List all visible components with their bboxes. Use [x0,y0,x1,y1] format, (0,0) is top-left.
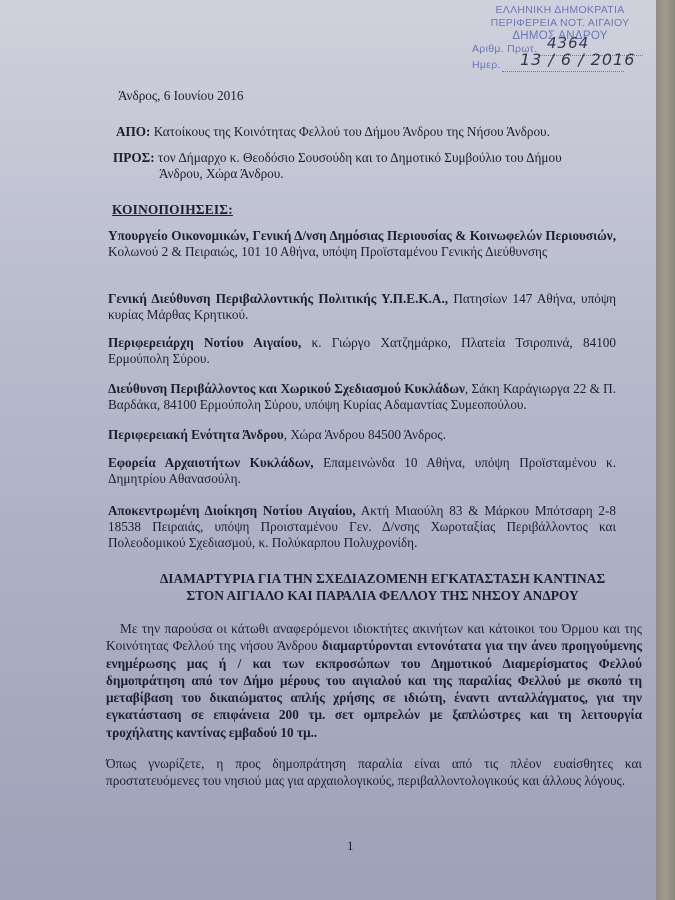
from-label: ΑΠΟ: [116,124,150,139]
document-page: ΕΛΛΗΝΙΚΗ ΔΗΜΟΚΡΑΤΙΑ ΠΕΡΙΦΕΡΕΙΑ ΝΟΤ. ΑΙΓΑ… [0,0,656,900]
recipient-name: Διεύθυνση Περιβάλλοντος και Χωρικού Σχεδ… [108,381,465,396]
recipient-item: Περιφερειάρχη Νοτίου Αιγαίου, κ. Γιώργο … [108,335,616,367]
recipient-name: Περιφερειάρχη Νοτίου Αιγαίου, [108,335,301,350]
stamp-line-republic: ΕΛΛΗΝΙΚΗ ΔΗΜΟΚΡΑΤΙΑ [470,4,650,17]
recipient-details: , Χώρα Άνδρου 84500 Άνδρος. [284,427,446,442]
recipient-item: Γενική Διεύθυνση Περιβαλλοντικής Πολιτικ… [108,291,616,323]
recipient-item: Διεύθυνση Περιβάλλοντος και Χωρικού Σχεδ… [108,381,616,413]
stamp-line-region: ΠΕΡΙΦΕΡΕΙΑ ΝΟΤ. ΑΙΓΑΙΟΥ [470,17,650,30]
from-line: ΑΠΟ: Κατοίκους της Κοινότητας Φελλού του… [116,124,636,140]
stamp-protocol-number: 4364 [547,37,589,50]
to-label: ΠΡΟΣ: [113,150,155,165]
recipient-name: Γενική Διεύθυνση Περιβαλλοντικής Πολιτικ… [108,291,448,306]
recipient-details: Κολωνού 2 & Πειραιώς, 101 10 Αθήνα, υπόψ… [108,244,547,259]
place-date: Άνδρος, 6 Ιουνίου 2016 [118,88,243,104]
body-paragraph-2: Όπως γνωρίζετε, η προς δημοπράτηση παραλ… [106,755,642,790]
stamp-date-label: Ημερ. [472,59,501,71]
background-surface [656,0,675,900]
to-text-line1: τον Δήμαρχο κ. Θεοδόσιο Σουσούδη και το … [158,150,562,165]
recipient-name: Αποκεντρωμένη Διοίκηση Νοτίου Αιγαίου, [108,503,356,518]
recipient-name: Περιφερειακή Ενότητα Άνδρου [108,427,284,442]
to-text-line2: Άνδρου, Χώρα Άνδρου. [113,166,613,182]
title-line1: ΔΙΑΜΑΡΤΥΡΙΑ ΓΙΑ ΤΗΝ ΣΧΕΔΙΑΖΟΜΕΝΗ ΕΓΚΑΤΑΣ… [110,570,655,587]
recipient-name: Υπουργείο Οικονομικών, Γενική Δ/νση Δημό… [108,228,616,243]
recipient-item: Αποκεντρωμένη Διοίκηση Νοτίου Αιγαίου, Α… [108,503,616,551]
notifications-heading: ΚΟΙΝΟΠΟΙΗΣΕΙΣ: [112,202,233,218]
body-paragraph-1: Με την παρούσα οι κάτωθι αναφερόμενοι ιδ… [106,620,642,741]
recipient-item: Υπουργείο Οικονομικών, Γενική Δ/νση Δημό… [108,228,616,260]
to-line: ΠΡΟΣ: τον Δήμαρχο κ. Θεοδόσιο Σουσούδη κ… [113,150,613,182]
title-line2: ΣΤΟΝ ΑΙΓΙΑΛΟ ΚΑΙ ΠΑΡΑΛΙΑ ΦΕΛΛΟΥ ΤΗΣ ΝΗΣΟ… [110,587,655,604]
recipient-name: Εφορεία Αρχαιοτήτων Κυκλάδων, [108,455,314,470]
recipient-item: Περιφερειακή Ενότητα Άνδρου, Χώρα Άνδρου… [108,427,616,443]
paragraph-bold-text: διαμαρτύρονται εντονότατα για την άνευ π… [106,638,642,739]
document-title: ΔΙΑΜΑΡΤΥΡΙΑ ΓΙΑ ΤΗΝ ΣΧΕΔΙΑΖΟΜΕΝΗ ΕΓΚΑΤΑΣ… [110,570,655,604]
page-number: 1 [347,838,354,854]
stamp-date-value: 13 / 6 / 2016 [520,53,635,66]
protocol-stamp: ΕΛΛΗΝΙΚΗ ΔΗΜΟΚΡΑΤΙΑ ΠΕΡΙΦΕΡΕΙΑ ΝΟΤ. ΑΙΓΑ… [470,4,650,75]
recipient-item: Εφορεία Αρχαιοτήτων Κυκλάδων, Επαμεινώνδ… [108,455,616,487]
stamp-date-row: Ημερ. 13 / 6 / 2016 [472,59,650,75]
from-text: Κατοίκους της Κοινότητας Φελλού του Δήμο… [154,124,550,139]
